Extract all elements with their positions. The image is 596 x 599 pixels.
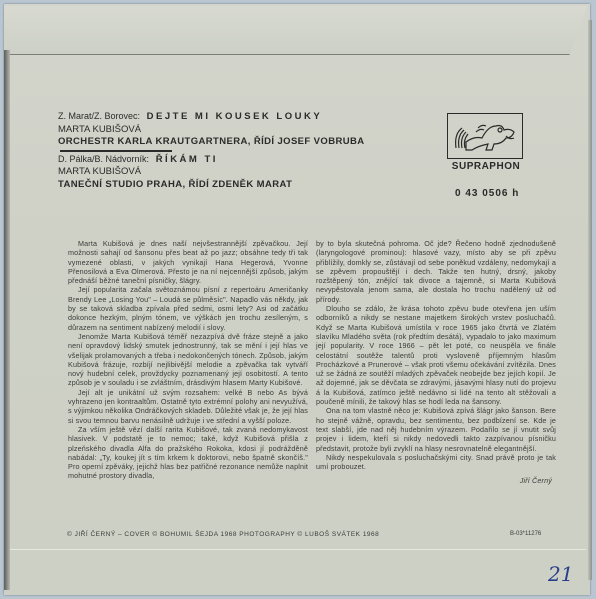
side-b-authors: D. Pálka/B. Nádvorník: — [58, 154, 149, 164]
liner-notes-right-column: by to byla skutečná pohroma. Oč jde? Řeč… — [316, 239, 556, 486]
liner-paragraph: Za vším ještě vězí další rarita Kubišové… — [68, 425, 308, 481]
liner-paragraph: Dlouho se zdálo, že krása tohoto zpěvu b… — [316, 304, 556, 406]
supraphon-logo-icon — [447, 113, 523, 159]
footer-credits: © JIŘÍ ČERNÝ – COVER © BOHUMIL ŠEJDA 196… — [67, 531, 379, 538]
sleeve-right-edge — [588, 20, 592, 580]
side-a-accompaniment: ORCHESTR KARLA KRAUTGARTNERA, ŘÍDÍ JOSEF… — [58, 136, 388, 149]
side-b-title: ŘÍKÁM TI — [156, 154, 218, 165]
side-a-title: DEJTE MI KOUSEK LOUKY — [147, 111, 323, 122]
credits-divider — [60, 150, 172, 152]
liner-paragraph: Její alt je unikátní už svým rozsahem: v… — [68, 388, 308, 425]
liner-paragraph: Ona na tom vlastně něco je: Kubišová zpí… — [316, 406, 556, 452]
side-a-title-row: Z. Marat/Z. Borovec: DEJTE MI KOUSEK LOU… — [58, 110, 388, 124]
liner-paragraph: Její popularita začala světoznámou písní… — [68, 285, 308, 331]
side-b-artist: MARTA KUBIŠOVÁ — [58, 166, 388, 179]
track-credits: Z. Marat/Z. Borovec: DEJTE MI KOUSEK LOU… — [58, 110, 388, 191]
side-b-accompaniment: TANEČNÍ STUDIO PRAHA, ŘÍDÍ ZDENĚK MARAT — [58, 179, 388, 192]
liner-paragraph: Nikdy nespekulovala s posluchačskými cit… — [316, 453, 556, 472]
liner-paragraph: Jenomže Marta Kubišová téměř nezazpívá d… — [68, 332, 308, 388]
liner-notes-left-column: Marta Kubišová je dnes naší nejvšestrann… — [68, 239, 308, 481]
side-a-artist: MARTA KUBIŠOVÁ — [58, 124, 388, 137]
sleeve-flap — [4, 6, 587, 55]
label-name: SUPRAPHON — [446, 161, 526, 172]
liner-paragraph: by to byla skutečná pohroma. Oč jde? Řeč… — [316, 239, 556, 304]
author-signature: Jiří Černý — [316, 476, 556, 485]
side-a-authors: Z. Marat/Z. Borovec: — [58, 111, 140, 121]
fold-line — [10, 549, 586, 550]
liner-paragraph: Marta Kubišová je dnes naší nejvšestrann… — [68, 239, 308, 285]
catalog-number: 0 43 0506 h — [455, 188, 519, 199]
side-b-title-row: D. Pálka/B. Nádvorník: ŘÍKÁM TI — [58, 153, 388, 167]
sleeve-left-edge — [4, 50, 10, 590]
handwritten-note: 21 — [548, 562, 573, 586]
print-code: B-03*11276 — [510, 531, 541, 537]
